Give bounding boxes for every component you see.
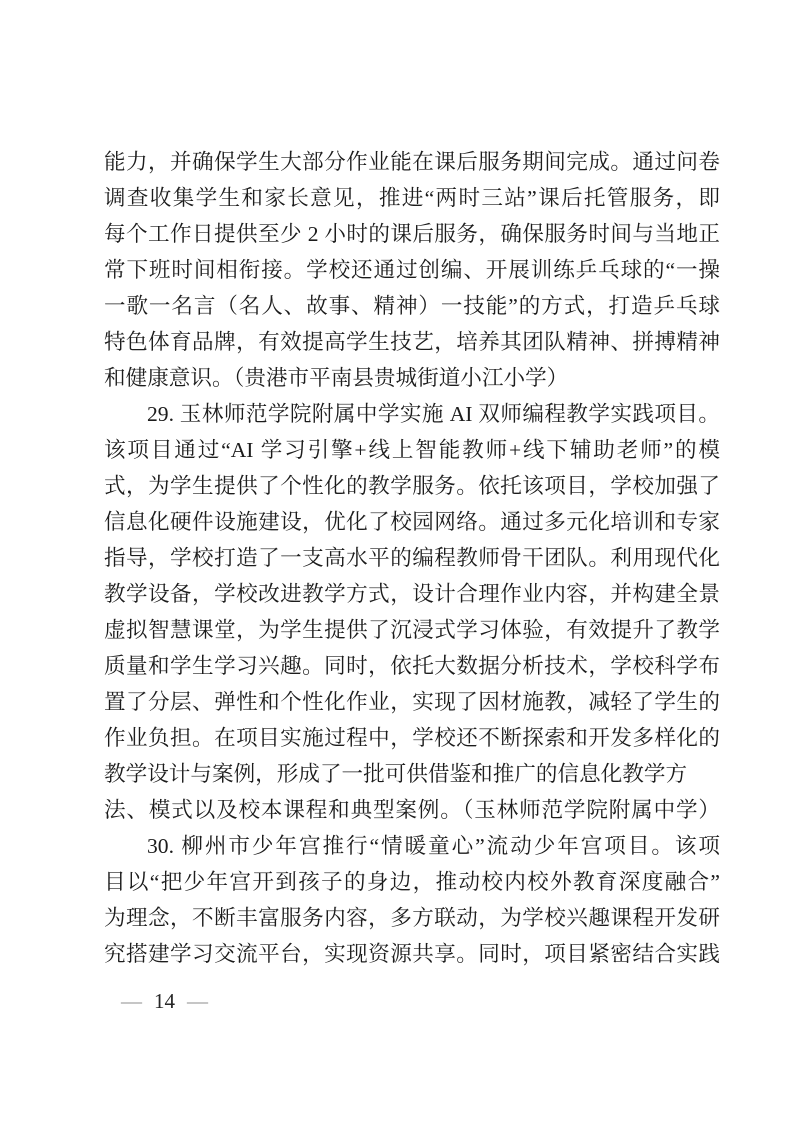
text-line-14: 虚拟智慧课堂，为学生提供了沉浸式学习体验，有效提升了教学 <box>104 612 720 648</box>
text-line-23: 究搭建学习交流平台，实现资源共享。同时，项目紧密结合实践 <box>104 936 720 972</box>
text-line-16: 置了分层、弹性和个性化作业，实现了因材施教，减轻了学生的 <box>104 684 720 720</box>
text-line-3: 每个工作日提供至少 2 小时的课后服务，确保服务时间与当地正 <box>104 216 720 252</box>
page-footer: —14— <box>121 986 208 1016</box>
text-line-22: 为理念，不断丰富服务内容，多方联动，为学校兴趣课程开发研 <box>104 900 720 936</box>
text-line-12: 指导，学校打造了一支高水平的编程教师骨干团队。利用现代化 <box>104 540 720 576</box>
text-line-5: 一歌一名言（名人、故事、精神）一技能”的方式，打造乒乓球 <box>104 288 720 324</box>
text-line-7: 和健康意识。（贵港市平南县贵城街道小江小学） <box>104 360 720 396</box>
footer-dash-right: — <box>187 989 208 1013</box>
text-line-4: 常下班时间相衔接。学校还通过创编、开展训练乒乓球的“一操 <box>104 252 720 288</box>
text-line-1: 能力，并确保学生大部分作业能在课后服务期间完成。通过问卷 <box>104 144 720 180</box>
text-line-15: 质量和学生学习兴趣。同时，依托大数据分析技术，学校科学布 <box>104 648 720 684</box>
text-line-21: 目以“把少年宫开到孩子的身边，推动校内校外教育深度融合” <box>104 864 720 900</box>
text-line-10: 式，为学生提供了个性化的教学服务。依托该项目，学校加强了 <box>104 468 720 504</box>
text-line-19: 法、模式以及校本课程和典型案例。（玉林师范学院附属中学） <box>104 792 720 828</box>
text-line-13: 教学设备，学校改进教学方式，设计合理作业内容，并构建全景 <box>104 576 720 612</box>
text-line-6: 特色体育品牌，有效提高学生技艺，培养其团队精神、拼搏精神 <box>104 324 720 360</box>
text-line-17: 作业负担。在项目实施过程中，学校还不断探索和开发多样化的 <box>104 720 720 756</box>
text-line-9: 该项目通过“AI 学习引擎+线上智能教师+线下辅助老师”的模 <box>104 432 720 468</box>
text-line-2: 调查收集学生和家长意见，推进“两时三站”课后托管服务，即 <box>104 180 720 216</box>
text-line-20: 30. 柳州市少年宫推行“情暖童心”流动少年宫项目。该项 <box>104 828 720 864</box>
footer-dash-left: — <box>121 989 142 1013</box>
text-line-11: 信息化硬件设施建设，优化了校园网络。通过多元化培训和专家 <box>104 504 720 540</box>
text-line-8: 29. 玉林师范学院附属中学实施 AI 双师编程教学实践项目。 <box>104 396 720 432</box>
page-number: 14 <box>154 989 175 1013</box>
text-line-18: 教学设计与案例，形成了一批可供借鉴和推广的信息化教学方 <box>104 756 720 792</box>
document-page: 能力，并确保学生大部分作业能在课后服务期间完成。通过问卷调查收集学生和家长意见，… <box>0 0 794 1123</box>
document-lines: 能力，并确保学生大部分作业能在课后服务期间完成。通过问卷调查收集学生和家长意见，… <box>104 144 720 972</box>
